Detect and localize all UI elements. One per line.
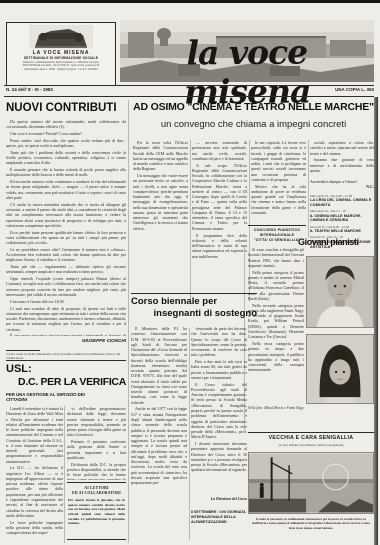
author-signature: GIUSEPPE CIONCHI [6,338,126,343]
rocca-photo [29,25,93,49]
scan-top-edge [0,0,380,3]
pianist-girl-photo [306,334,374,404]
usl-column-2: -ti dell'ordine programmatorio dichiarat… [67,406,126,480]
corso-column-2: -fessionale da parte dei docenti, che l'… [191,326,247,496]
notice-body: Per motivi tecnici il giornale, che in q… [68,498,125,526]
headline-usl-line1: USL: [6,363,32,375]
kicker-usl: PER UNA GESTIONE AL SERVIZIO DEI CITTADI… [6,392,94,403]
vecchia-byline: (a cura di Rino Girolimetti e Adria Casa… [248,443,374,447]
headline-giovani-pianisti: Giovani pianisti [298,237,376,247]
masthead-info-box: LA VOCE MISENA SETTIMANALE DI INFORMAZIO… [6,22,116,86]
pianisti-rule [248,225,306,226]
literacy-day-note: 8 SETTEMBRE : XVII GIORNATA INTERNAZIONA… [191,510,247,525]
schedule-what: IL CINEMA NELLE MARCHE. CINEMA E CENSURA [310,214,374,223]
corso-column-1: Il Ministero della P.I. ha concesso l'au… [131,326,187,543]
osimo-column-4: sociali, soprattutto a coloro che, catto… [310,140,374,178]
subhead-osimo: un convegno che chiama a impegni concret… [133,119,374,130]
corso-column-divider [189,328,190,540]
headline-corso-line2: insegnanti di sostegno [131,308,257,319]
notice-title-line2: ED AI COLLABORATORI [68,491,125,496]
author-initials: N.C. [310,184,374,189]
corso-signature: La Direzione del Corso [191,497,247,501]
headline-nuovi-contributi: NUOVI CONTRIBUTI [6,102,128,114]
pianisti-article-body: Si sono conclusi a Senigallia gli Incont… [248,247,304,422]
vecchia-rule [248,432,374,433]
pianist-boy-photo [306,256,374,328]
footnote-rule [6,350,40,351]
osimo-column-2: — servizio essenziale di promozione non … [192,140,247,302]
masthead-subtitle: SETTIMANALE DI INFORMAZIONE SOCIALE [7,56,115,60]
usl-column-1: Lunedì 6 settembre si è riunita la Direz… [6,406,63,543]
masthead-address-lines: Redazione e Amministrazione: Piazza Gari… [7,61,115,71]
headline-osimo: AD OSIMO "CINEMA E TEATRO NELLE MARCHE" [133,101,374,113]
osimo-divider-3 [308,140,309,238]
left-section-divider [6,360,126,361]
heading-vecchia-senigallia: VECCHIA E CARA SENIGALLIA [248,435,374,441]
osimo-column-3: le sue capacità. Le forme vive parrocchi… [251,140,306,224]
old-harbor-photo [248,452,374,514]
osimo-column-1: Per la terza volta l'Ufficio Regionale d… [133,140,188,302]
osimo-divider-1 [190,140,191,302]
readers-notice-box: AI LETTORI ED AI COLLABORATORI Per motiv… [67,482,126,540]
dateline-rule-bottom [4,96,374,97]
usl-column-divider [64,406,65,543]
signoff-text: Arrivederci dunque a Osimo! [310,179,357,184]
issue-number: N. 24 dell' 8 - IX - 1983 [6,87,53,92]
main-column-divider [128,100,129,543]
vecchia-photo-caption: Il molo, il pescatore, la rudimentale at… [250,517,372,530]
headline-usl-line2: D.C. PER LA VERIFICA [6,376,126,388]
schedule-what: LA CRISI DEL CINEMA. CINEMA E COMUNITÀ [310,198,374,207]
copy-price: UNA COPIA L. 350 [290,87,374,92]
article-body-nuovi-contributi: Da questo numero del nostro settimanale,… [6,119,126,336]
dateline-rule-top [4,85,374,86]
headline-corso-line1: Corso biennale per [131,296,257,307]
pianisti-photo-caption: Nelle foto: Mihail Horia e Fanni Nagy [248,406,374,410]
schedule-what: IL TEATRO NELLE MARCHE [310,229,374,234]
page-fold-edge [374,97,378,545]
corso-rule [131,293,257,294]
osimo-signoff: Arrivederci dunque a Osimo! N.C. [310,179,374,189]
